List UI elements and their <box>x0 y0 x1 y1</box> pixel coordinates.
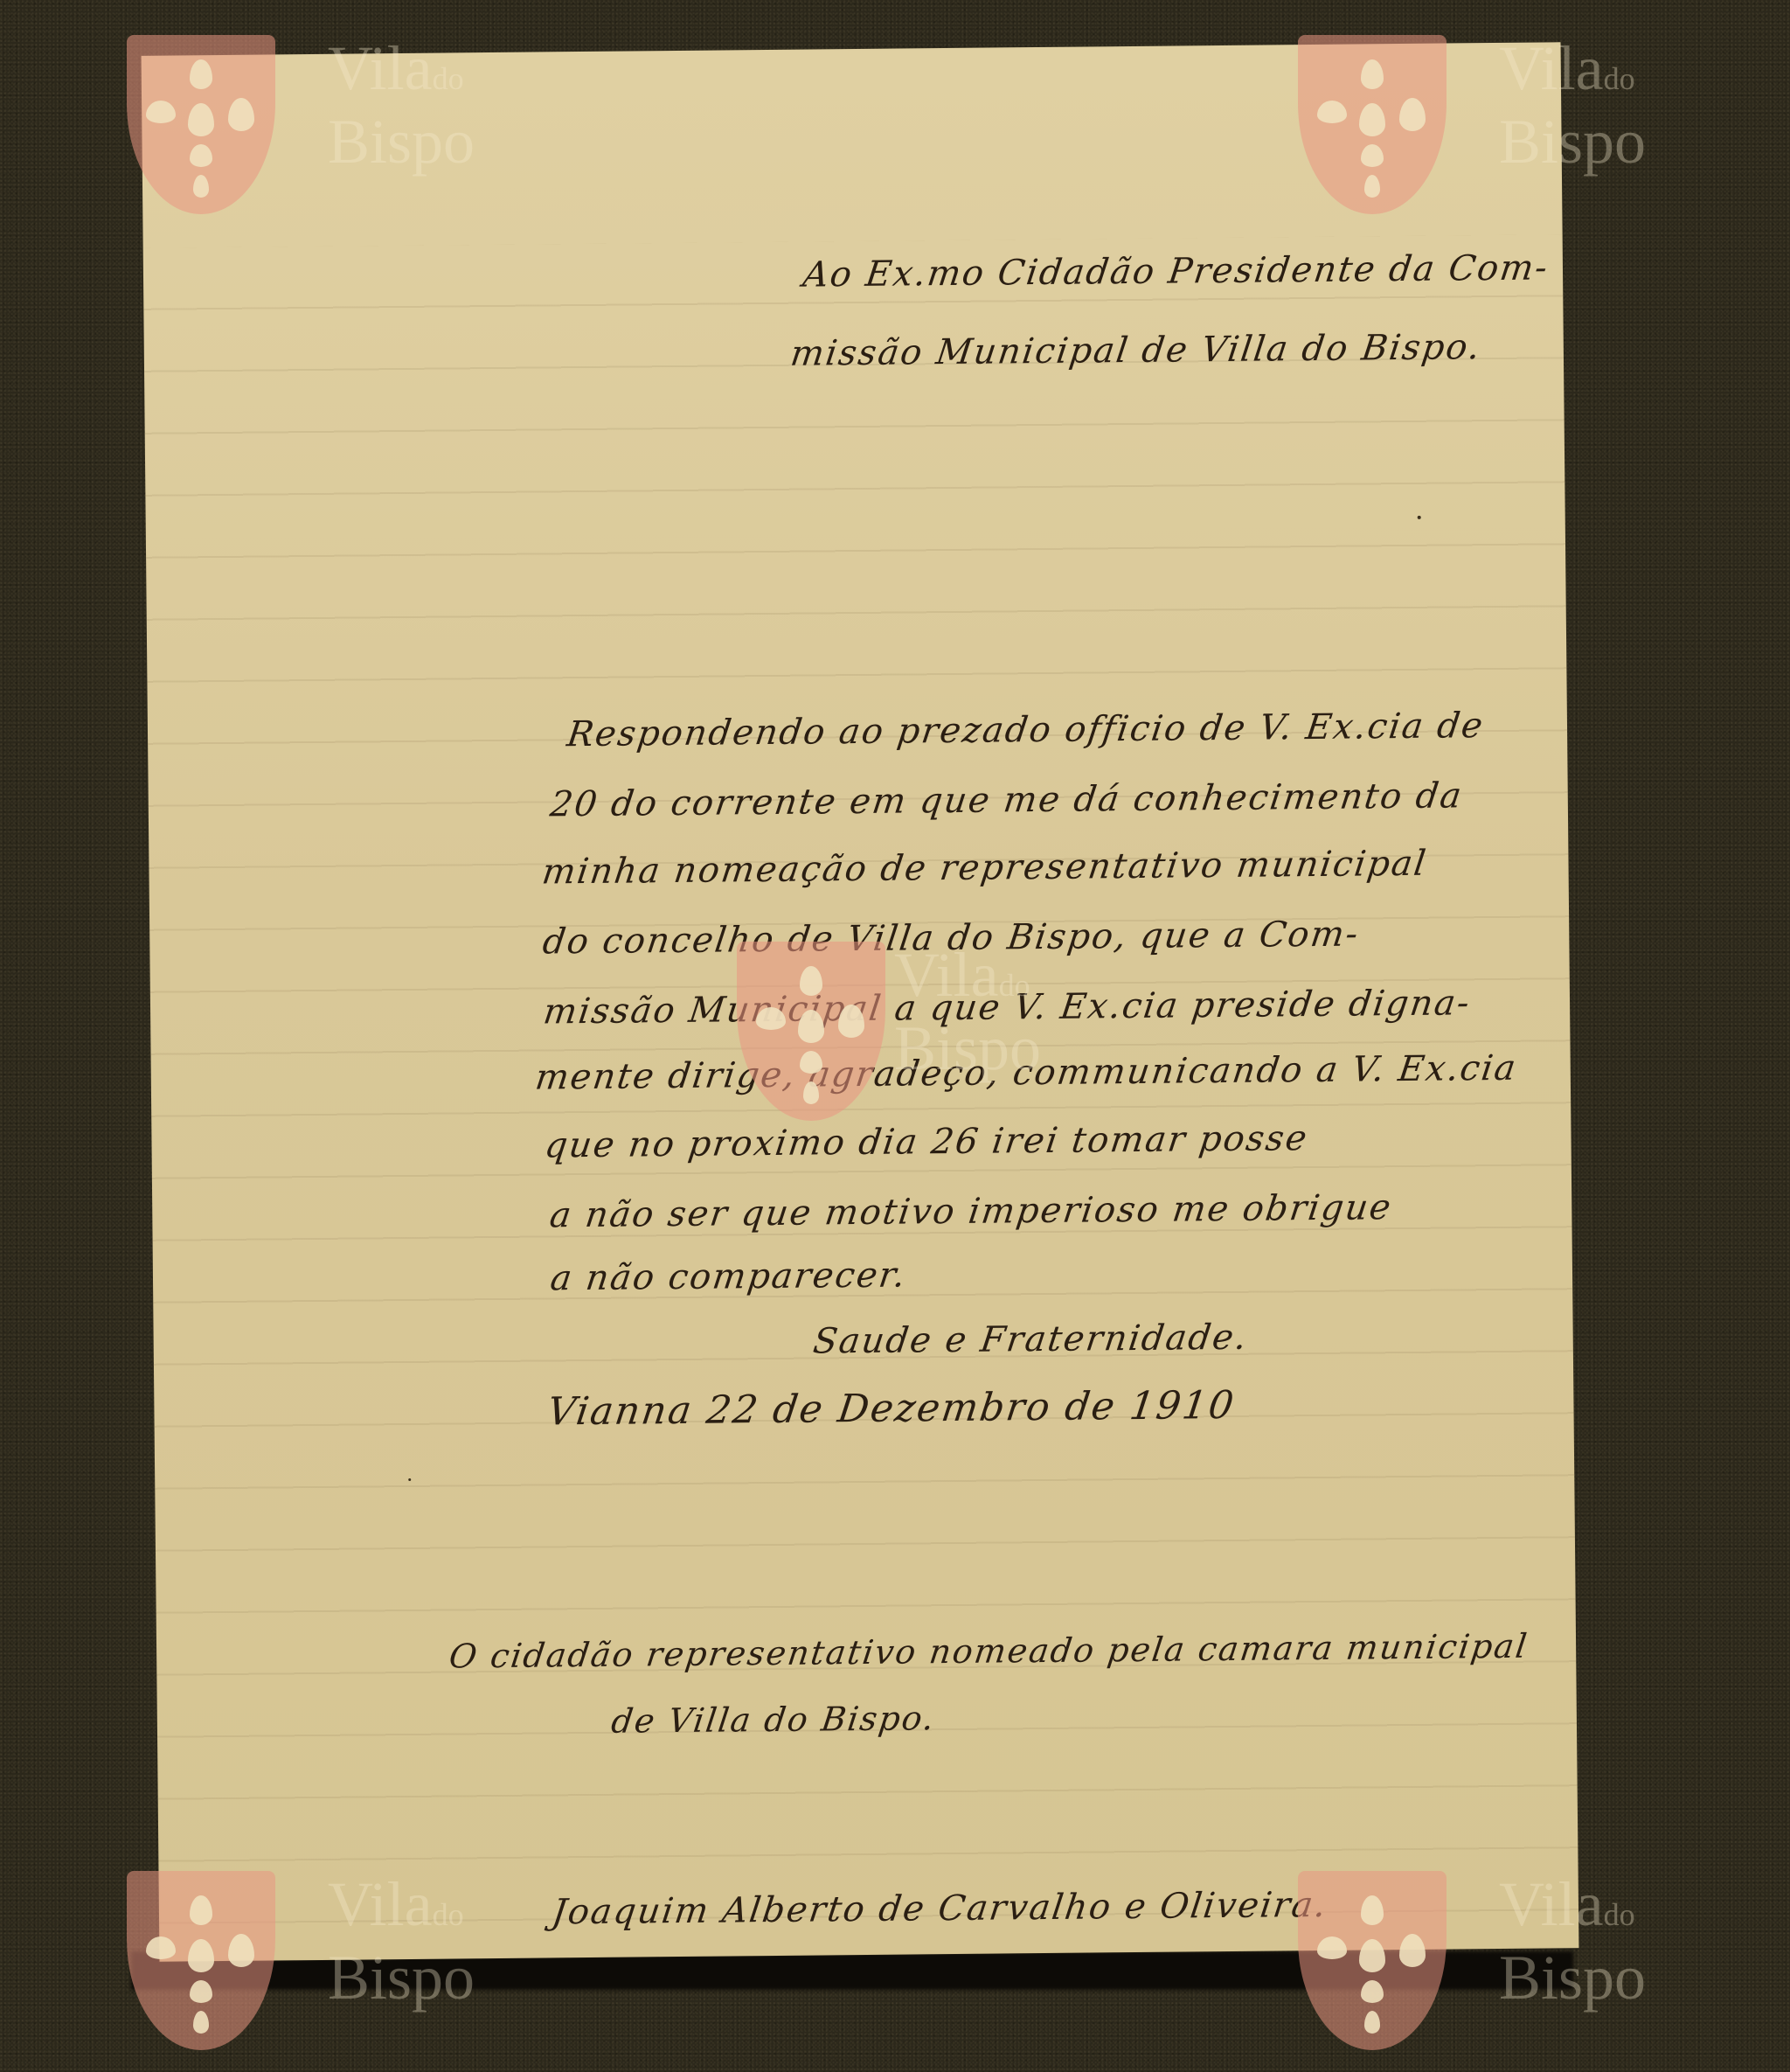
addressee-line-1: Ao Ex.mo Cidadão Presidente da Com- <box>801 247 1551 295</box>
signature: Joaquim Alberto de Carvalho e Oliveira. <box>550 1885 1330 1933</box>
body-line-7: que no proximo dia 26 irei tomar posse <box>543 1118 1311 1165</box>
body-line-8: a não ser que motivo imperioso me obrigu… <box>547 1187 1394 1235</box>
addressee-line-2: missão Municipal de Villa do Bispo. <box>788 327 1484 374</box>
paper-speck <box>1418 516 1421 519</box>
closing-salutation: Saude e Fraternidade. <box>811 1318 1251 1362</box>
date-line: Vianna 22 de Dezembro de 1910 <box>545 1383 1238 1435</box>
paper-speck <box>408 1478 411 1481</box>
body-line-4: do concelho de Villa do Bispo, que a Com… <box>540 914 1362 962</box>
signature-title-line-2: de Villa do Bispo. <box>609 1699 938 1741</box>
body-line-3: minha nomeação de representativo municip… <box>540 844 1430 893</box>
letter-page: Ao Ex.mo Cidadão Presidente da Com- miss… <box>142 42 1579 1961</box>
body-line-9: a não comparecer. <box>548 1255 909 1298</box>
